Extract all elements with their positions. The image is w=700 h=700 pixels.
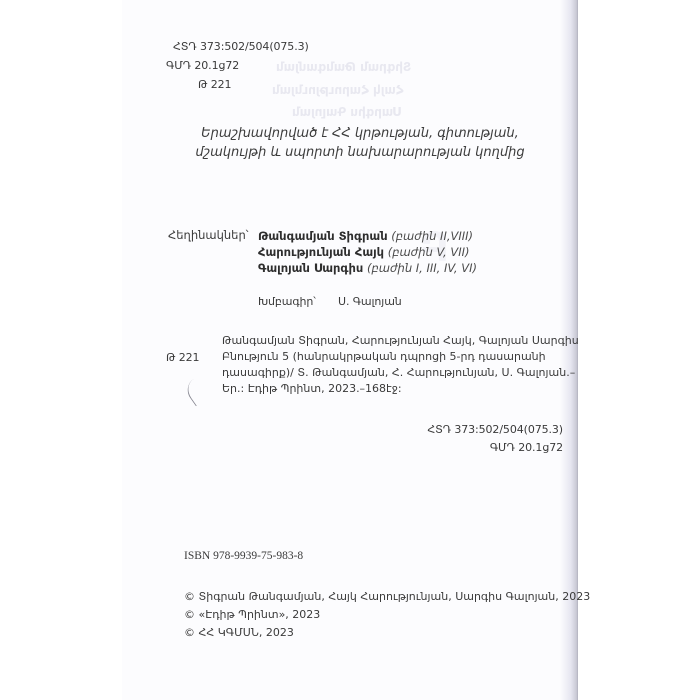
author-mark-top: Թ 221 [198, 78, 231, 91]
authors-list: Թանգամյան Տիգրան (բաժին II,VIII) Հարությ… [258, 228, 477, 276]
copyright-line: © ՀՀ ԿԳՄՍՆ, 2023 [184, 624, 590, 642]
author-sections: (բաժին I, III, IV, VI) [367, 261, 477, 275]
copyright-block: © Տիգրան Թանգամյան, Հայկ Հարությունյան, … [184, 588, 590, 642]
show-through-line: Սարգիս Գալոյան [292, 105, 402, 119]
editor-name: Ս. Գալոյան [338, 295, 402, 308]
approval-line-2: մշակույթի և սպորտի նախարարության կողմից [190, 143, 530, 162]
catalog-line: Եր.: Էդիթ Պրինտ, 2023.–168էջ: [222, 381, 579, 397]
show-through-line: Տիգրան Թանգամյան [276, 60, 411, 74]
author-name: Թանգամյան Տիգրան [258, 229, 388, 243]
authors-label: Հեղինակներ՝ [168, 228, 248, 242]
udc-code-bottom: ՀՏԴ 373:502/504(075.3) [427, 423, 563, 436]
catalog-line: Բնություն 5 (հանրակրթական դպրոցի 5-րդ դա… [222, 349, 579, 365]
lbc-code-top: ԳՄԴ 20.1ց72 [166, 59, 239, 72]
author-sections: (բաժին II,VIII) [391, 229, 473, 243]
udc-code-top: ՀՏԴ 373:502/504(075.3) [173, 40, 309, 53]
catalog-author-mark: Թ 221 [166, 351, 199, 364]
isbn: ISBN 978-9939-75-983-8 [184, 550, 303, 562]
editor-label: Խմբագիր՝ [258, 295, 316, 308]
copyright-line: © Տիգրան Թանգամյան, Հայկ Հարությունյան, … [184, 588, 590, 606]
copyright-line: © «Էդիթ Պրինտ», 2023 [184, 606, 590, 624]
catalog-line: Թանգամյան Տիգրան, Հարությունյան Հայկ, Գա… [222, 333, 579, 349]
author-row: Գալոյան Սարգիս (բաժին I, III, IV, VI) [258, 260, 477, 276]
author-name: Հարությունյան Հայկ [258, 245, 384, 259]
author-row: Թանգամյան Տիգրան (բաժին II,VIII) [258, 228, 477, 244]
show-through-line: Հայկ Հարությունյան [272, 83, 404, 97]
catalog-entry: Թանգամյան Տիգրան, Հարությունյան Հայկ, Գա… [222, 333, 579, 397]
approval-statement: Երաշխավորված է ՀՀ կրթության, գիտության, … [190, 124, 530, 162]
lbc-code-bottom: ԳՄԴ 20.1ց72 [490, 441, 563, 454]
author-row: Հարությունյան Հայկ (բաժին V, VII) [258, 244, 477, 260]
author-name: Գալոյան Սարգիս [258, 261, 363, 275]
author-sections: (բաժին V, VII) [388, 245, 470, 259]
approval-line-1: Երաշխավորված է ՀՀ կրթության, գիտության, [190, 124, 530, 143]
catalog-line: դասագիրք)/ Տ. Թանգամյան, Հ. Հարությունյա… [222, 365, 579, 381]
